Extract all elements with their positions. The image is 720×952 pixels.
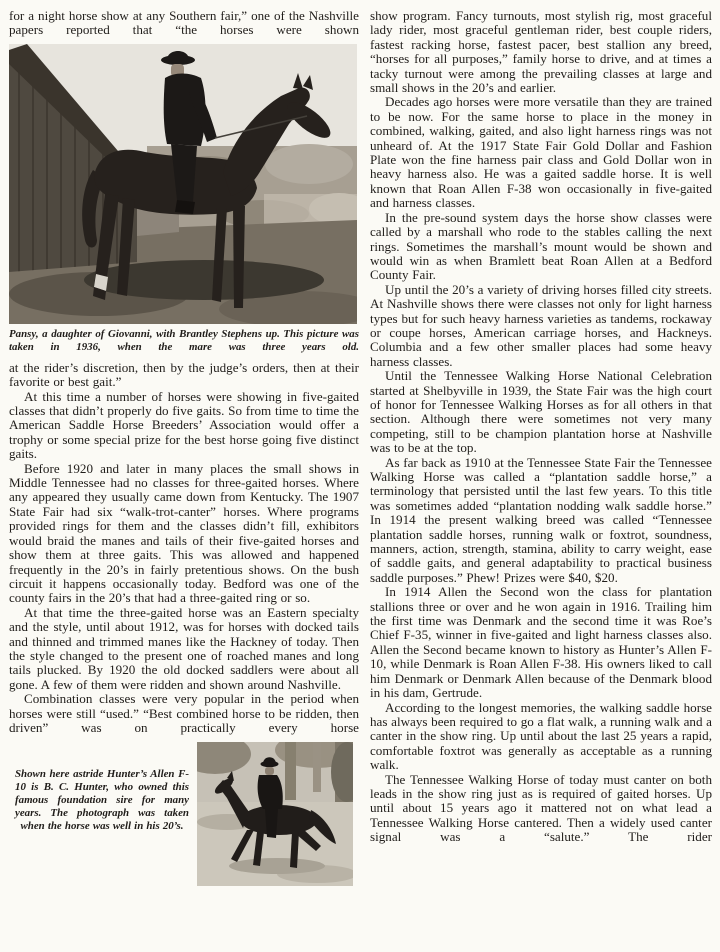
photo2-shadow (229, 858, 325, 874)
photo-hunter-caption: Shown here astride Hunter’s Allen F-10 i… (9, 742, 193, 886)
left-paragraph-3: At that time the three-gaited horse was … (9, 606, 359, 692)
book-page: for a night horse show at any Southern f… (0, 0, 720, 952)
right-paragraph-5: Until the Tennessee Walking Horse Nation… (370, 369, 712, 455)
right-paragraph-3: In the pre-sound system days the horse s… (370, 211, 712, 283)
right-paragraph-9: The Tennessee Walking Horse of today mus… (370, 773, 712, 845)
left-top-paragraph: for a night horse show at any Southern f… (9, 9, 359, 38)
left-column: for a night horse show at any Southern f… (9, 9, 359, 952)
left-paragraph-1: At this time a number of horses were sho… (9, 390, 359, 462)
hunters-allen-photo-illustration (197, 742, 353, 886)
right-paragraph-1: show program. Fancy turnouts, most styli… (370, 9, 712, 95)
right-paragraph-6: As far back as 1910 at the Tennessee Sta… (370, 456, 712, 586)
left-paragraph-4: Combination classes were very popular in… (9, 692, 359, 735)
photo-pansy-caption: Pansy, a daughter of Giovanni, with Bran… (9, 328, 359, 354)
pansy-photo-illustration (9, 44, 357, 324)
left-after-photo-paragraph: at the rider’s discretion, then by the j… (9, 361, 359, 390)
right-paragraph-4: Up until the 20’s a variety of driving h… (370, 283, 712, 369)
left-paragraph-2: Before 1920 and later in many places the… (9, 462, 359, 606)
photo-pansy-with-rider (9, 44, 357, 324)
photo-hunters-allen (197, 742, 353, 886)
right-paragraph-2: Decades ago horses were more versatile t… (370, 95, 712, 210)
right-paragraph-8: According to the longest memories, the w… (370, 701, 712, 773)
right-column: show program. Fancy turnouts, most styli… (370, 9, 712, 952)
right-paragraph-7: In 1914 Allen the Second won the class f… (370, 585, 712, 700)
bottom-photo-row: Shown here astride Hunter’s Allen F-10 i… (9, 742, 359, 886)
